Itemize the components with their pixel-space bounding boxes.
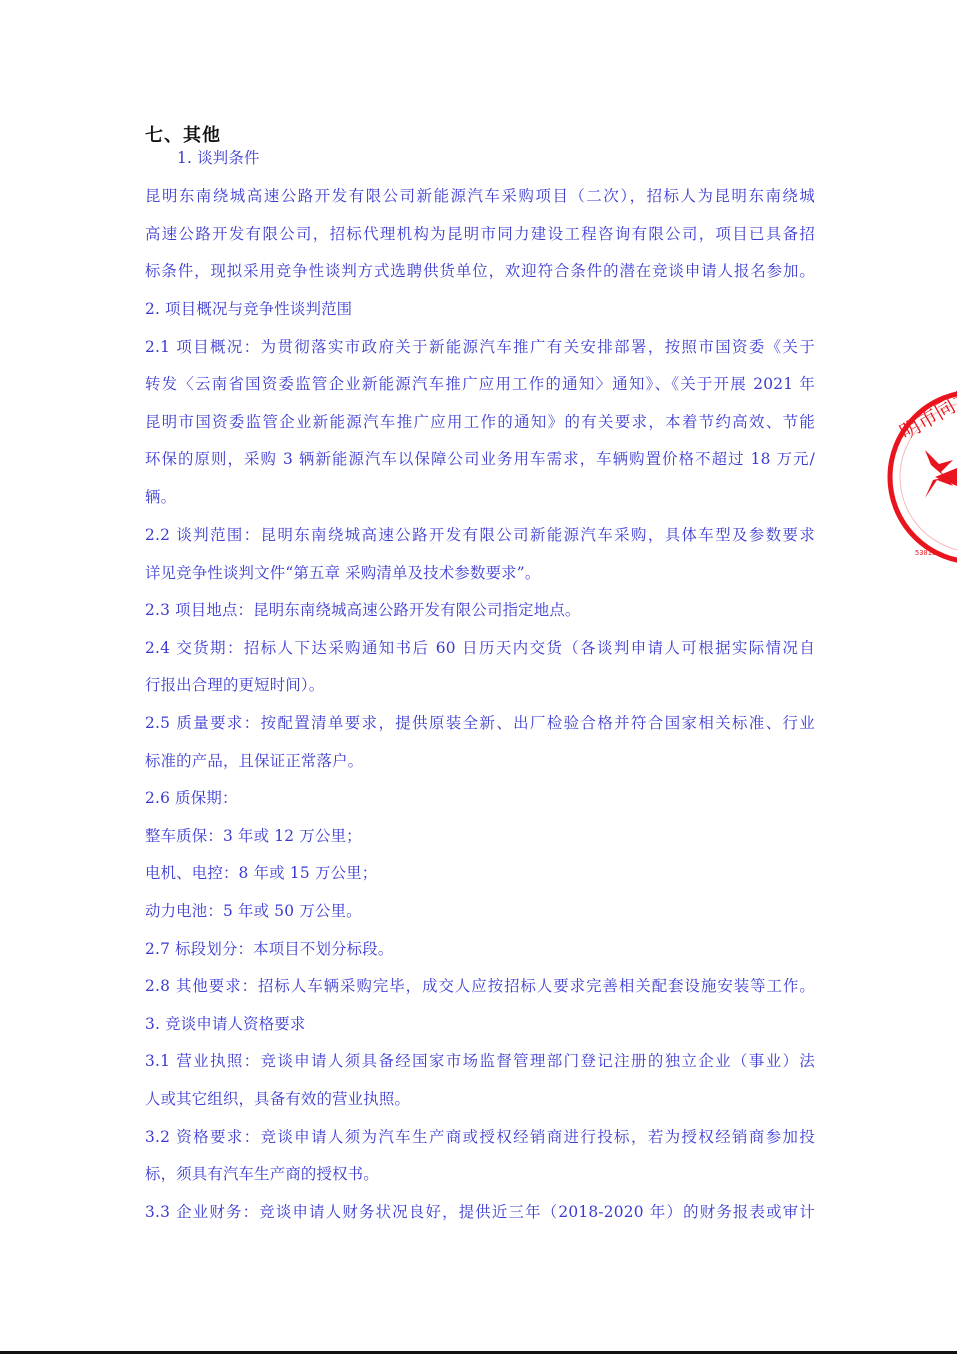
paragraph-line: 2.2 谈判范围：昆明东南绕城高速公路开发有限公司新能源汽车采购，具体车型及参数… — [145, 525, 815, 545]
paragraph-line: 辆。 — [145, 487, 815, 507]
paragraph-line: 2.7 标段划分：本项目不划分标段。 — [145, 939, 815, 959]
paragraph-line: 昆明市国资委监管企业新能源汽车推广应用工作的通知》的有关要求，本着节约高效、节能 — [145, 412, 815, 432]
paragraph-line: 详见竞争性谈判文件“第五章 采购清单及技术参数要求”。 — [145, 563, 815, 583]
paragraph-line: 2. 项目概况与竞争性谈判范围 — [145, 299, 815, 319]
paragraph-line: 环保的原则，采购 3 辆新能源汽车以保障公司业务用车需求，车辆购置价格不超过 1… — [145, 449, 815, 469]
paragraph-line: 3. 竞谈申请人资格要求 — [145, 1014, 815, 1034]
paragraph-line: 2.3 项目地点：昆明东南绕城高速公路开发有限公司指定地点。 — [145, 600, 815, 620]
paragraph-line: 人或其它组织，具备有效的营业执照。 — [145, 1089, 815, 1109]
paragraph-line: 2.4 交货期：招标人下达采购通知书后 60 日历天内交货（各谈判申请人可根据实… — [145, 638, 815, 658]
paragraph-line: 高速公路开发有限公司，招标代理机构为昆明市同力建设工程咨询有限公司，项目已具备招 — [145, 224, 815, 244]
paragraph-line: 昆明东南绕城高速公路开发有限公司新能源汽车采购项目（二次），招标人为昆明东南绕城 — [145, 186, 815, 206]
paragraph-line: 标，须具有汽车生产商的授权书。 — [145, 1164, 815, 1184]
paragraph-line: 标条件，现拟采用竞争性谈判方式选聘供货单位，欢迎符合条件的潜在竞谈申请人报名参加… — [145, 261, 815, 281]
section-heading: 七、其他 — [145, 121, 221, 147]
paragraph-line: 动力电池：5 年或 50 万公里。 — [145, 901, 815, 921]
svg-text:53010: 53010 — [915, 549, 936, 557]
paragraph-line: 电机、电控：8 年或 15 万公里； — [145, 863, 815, 883]
seal-icon: 明市同力建设工 53010 — [885, 380, 957, 575]
paragraph-line: 行报出合理的更短时间）。 — [145, 675, 815, 695]
official-seal-stamp: 明市同力建设工 53010 — [885, 380, 957, 575]
document-page: 七、其他 1. 谈判条件昆明东南绕城高速公路开发有限公司新能源汽车采购项目（二次… — [0, 0, 957, 1354]
seal-text: 明市同力建设工 — [896, 380, 957, 444]
paragraph-line: 标准的产品，且保证正常落户。 — [145, 751, 815, 771]
paragraph-line: 转发〈云南省国资委监管企业新能源汽车推广应用工作的通知〉通知》、《关于开展 20… — [145, 374, 815, 394]
paragraph-line: 2.1 项目概况：为贯彻落实市政府关于新能源汽车推广有关安排部署，按照市国资委《… — [145, 337, 815, 357]
paragraph-line: 3.3 企业财务：竞谈申请人财务状况良好，提供近三年（2018-2020 年）的… — [145, 1202, 815, 1222]
paragraph-line: 3.1 营业执照：竞谈申请人须具备经国家市场监督管理部门登记注册的独立企业（事业… — [145, 1051, 815, 1071]
paragraph-line: 整车质保：3 年或 12 万公里； — [145, 826, 815, 846]
paragraph-line: 1. 谈判条件 — [177, 148, 847, 168]
paragraph-line: 2.5 质量要求：按配置清单要求，提供原装全新、出厂检验合格并符合国家相关标准、… — [145, 713, 815, 733]
paragraph-line: 3.2 资格要求：竞谈申请人须为汽车生产商或授权经销商进行投标，若为授权经销商参… — [145, 1127, 815, 1147]
paragraph-line: 2.8 其他要求：招标人车辆采购完毕，成交人应按招标人要求完善相关配套设施安装等… — [145, 976, 815, 996]
paragraph-line: 2.6 质保期： — [145, 788, 815, 808]
